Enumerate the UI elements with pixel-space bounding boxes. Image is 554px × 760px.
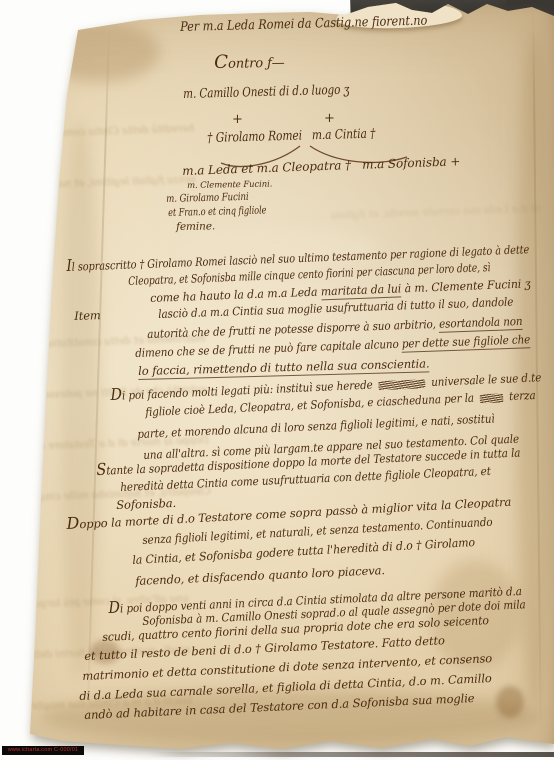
- genealogy-leda-husband: m. Clemente Fucini.: [187, 180, 272, 191]
- obit-cross-mark: +: [324, 111, 335, 126]
- scanned-manuscript-page: heredità detta Cintia come usufruttuaria…: [0, 0, 554, 760]
- ink-strikeout: [480, 393, 504, 403]
- contro-line: Contro ƒ—: [214, 51, 285, 73]
- line-segment: terza: [506, 388, 536, 403]
- paper-stain: [496, 686, 524, 718]
- watermark-label: www.icharta.com C-000/01: [2, 746, 84, 755]
- genealogy-children-note: et Fran.o et cinq figliole: [168, 204, 266, 219]
- ink-bleedthrough: di d.a Leda sua carnale sorella, et figl…: [329, 166, 541, 243]
- margin-word-item: Item: [74, 308, 101, 323]
- obit-cross-mark: +: [232, 112, 243, 127]
- underlined-segment: maritata da lui: [321, 281, 402, 300]
- genealogy-children-note: m. Girolamo Fucini: [166, 191, 249, 205]
- underlined-segment: esortandola non: [439, 314, 523, 333]
- paper-stain: [40, 22, 160, 82]
- ink-strikeout: [378, 379, 425, 390]
- genealogy-children-note: femine.: [176, 220, 215, 233]
